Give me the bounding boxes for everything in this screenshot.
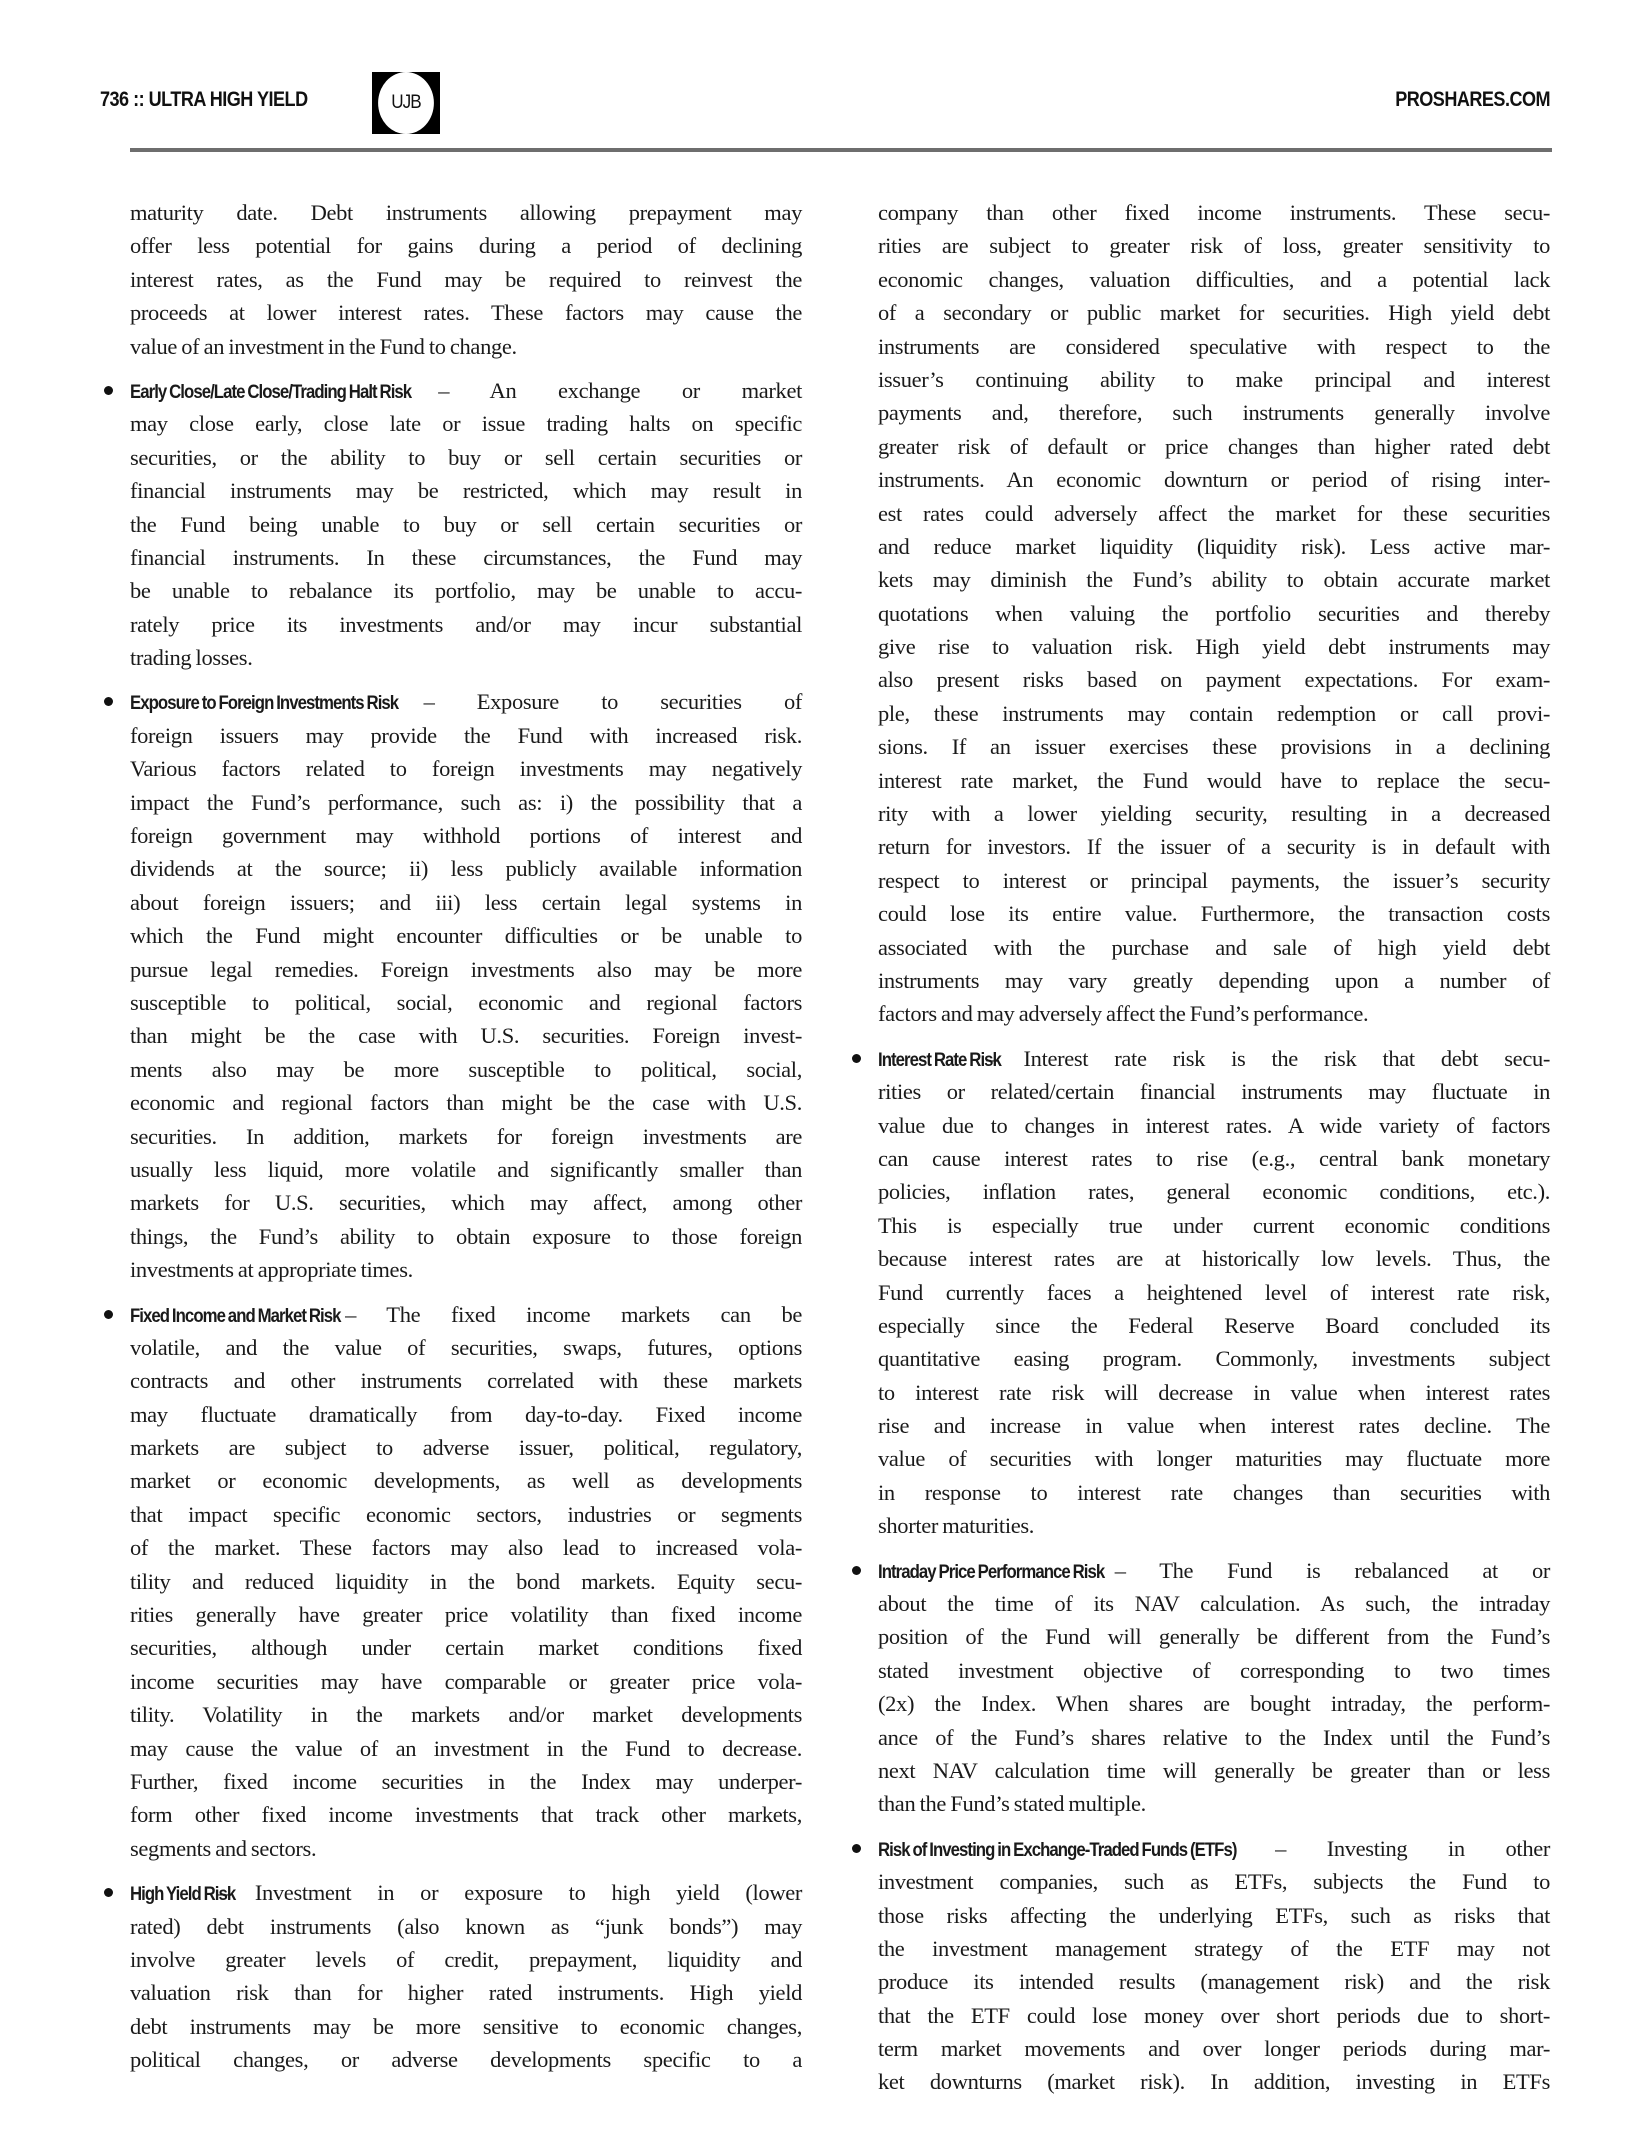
text-line: maturity date. Debt instruments allowing… <box>130 196 802 229</box>
text-line: respect to interest or principal payment… <box>878 864 1550 897</box>
text-line: those risks affecting the underlying ETF… <box>878 1899 1550 1932</box>
text-line: markets are subject to adverse issuer, p… <box>130 1431 802 1464</box>
right-column: company than other fixed income instrume… <box>878 196 1550 2110</box>
text-line: that the ETF could lose money over short… <box>878 1999 1550 2032</box>
text-line: return for investors. If the issuer of a… <box>878 830 1550 863</box>
text-line: usually less liquid, more volatile and s… <box>130 1153 802 1186</box>
text-line: can cause interest rates to rise (e.g., … <box>878 1142 1550 1175</box>
text-line: also present risks based on payment expe… <box>878 663 1550 696</box>
text-line: the Fund being unable to buy or sell cer… <box>130 508 802 541</box>
text-line: about foreign issuers; and iii) less cer… <box>130 886 802 919</box>
text-line: of a secondary or public market for secu… <box>878 296 1550 329</box>
text-line: especially since the Federal Reserve Boa… <box>878 1309 1550 1342</box>
text-line: may close early, close late or issue tra… <box>130 407 802 440</box>
text-line: economic and regional factors than might… <box>130 1086 802 1119</box>
page-number: 736 <box>100 88 129 111</box>
text-line: the investment management strategy of th… <box>878 1932 1550 1965</box>
risk-term: Fixed Income and Market Risk <box>130 1300 341 1333</box>
text-line: because interest rates are at historical… <box>878 1242 1550 1275</box>
continued-paragraph: company than other fixed income instrume… <box>878 196 1550 1031</box>
text-line: which the Fund might encounter difficult… <box>130 919 802 952</box>
section-title: ULTRA HIGH YIELD <box>149 88 308 111</box>
bullet-icon <box>104 697 113 706</box>
text-line: markets for U.S. securities, which may a… <box>130 1186 802 1219</box>
text-line: issuer’s continuing ability to make prin… <box>878 363 1550 396</box>
risk-term: High Yield Risk <box>130 1878 235 1911</box>
text-line: interest rates, as the Fund may be requi… <box>130 263 802 296</box>
text-line: form other fixed income investments that… <box>130 1798 802 1831</box>
text-line: that impact specific economic sectors, i… <box>130 1498 802 1531</box>
text-line: factors and may adversely affect the Fun… <box>878 997 1550 1030</box>
text-line: term market movements and over longer pe… <box>878 2032 1550 2065</box>
bullet-first-line: Risk of Investing in Exchange-Traded Fun… <box>878 1832 1550 1865</box>
bullet-icon <box>852 1844 861 1853</box>
risk-term: Early Close/Late Close/Trading Halt Risk <box>130 376 411 409</box>
text-line: susceptible to political, social, econom… <box>130 986 802 1019</box>
text-line: payments and, therefore, such instrument… <box>878 396 1550 429</box>
text-line: value of securities with longer maturiti… <box>878 1442 1550 1475</box>
text-line: impact the Fund’s performance, such as: … <box>130 786 802 819</box>
text-line: trading losses. <box>130 641 802 674</box>
text-line: next NAV calculation time will generally… <box>878 1754 1550 1787</box>
text-line: of the market. These factors may also le… <box>130 1531 802 1564</box>
continued-paragraph: maturity date. Debt instruments allowing… <box>130 196 802 363</box>
risk-description-start: The fixed income markets can be <box>386 1302 802 1327</box>
risk-description-start: Investment in or exposure to high yield … <box>255 1880 802 1905</box>
text-line: value of an investment in the Fund to ch… <box>130 330 802 363</box>
risk-bullet-item: Fixed Income and Market Risk – The fixed… <box>130 1298 802 1866</box>
ticker-logo: UJB <box>372 72 440 134</box>
text-line: to interest rate risk will decrease in v… <box>878 1376 1550 1409</box>
text-line: rity with a lower yielding security, res… <box>878 797 1550 830</box>
em-dash: – <box>1234 1836 1326 1861</box>
text-line: give rise to valuation risk. High yield … <box>878 630 1550 663</box>
text-line: investments at appropriate times. <box>130 1253 802 1286</box>
bullet-first-line: Interest Rate Risk – Interest rate risk … <box>878 1042 1550 1075</box>
bullet-first-line: Intraday Price Performance Risk – The Fu… <box>878 1554 1550 1587</box>
text-line: about the time of its NAV calculation. A… <box>878 1587 1550 1620</box>
risk-term: Intraday Price Performance Risk <box>878 1556 1104 1589</box>
bullet-first-line: Exposure to Foreign Investments Risk – E… <box>130 685 802 718</box>
text-line: sions. If an issuer exercises these prov… <box>878 730 1550 763</box>
header-rule <box>130 148 1552 152</box>
risk-bullet-item: Exposure to Foreign Investments Risk – E… <box>130 685 802 1286</box>
text-line: company than other fixed income instrume… <box>878 196 1550 229</box>
text-line: economic changes, valuation difficulties… <box>878 263 1550 296</box>
text-line: volatile, and the value of securities, s… <box>130 1331 802 1364</box>
text-line: dividends at the source; ii) less public… <box>130 852 802 885</box>
text-line: than might be the case with U.S. securit… <box>130 1019 802 1052</box>
risk-description-start: An exchange or market <box>490 378 802 403</box>
risk-bullet-item: Interest Rate Risk – Interest rate risk … <box>878 1042 1550 1543</box>
running-head-left: 736 :: ULTRA HIGH YIELD <box>100 88 308 112</box>
text-line: instruments may vary greatly depending u… <box>878 964 1550 997</box>
bullet-icon <box>852 1566 861 1575</box>
ticker-logo-text: UJB <box>378 72 434 134</box>
risk-term: Interest Rate Risk <box>878 1044 1001 1077</box>
text-line: may fluctuate dramatically from day-to-d… <box>130 1398 802 1431</box>
text-line: instruments are considered speculative w… <box>878 330 1550 363</box>
text-line: ple, these instruments may contain redem… <box>878 697 1550 730</box>
text-line: est rates could adversely affect the mar… <box>878 497 1550 530</box>
text-line: instruments. An economic downturn or per… <box>878 463 1550 496</box>
text-line: debt instruments may be more sensitive t… <box>130 2010 802 2043</box>
text-line: shorter maturities. <box>878 1509 1550 1542</box>
text-line: financial instruments may be restricted,… <box>130 474 802 507</box>
text-line: Fund currently faces a heightened level … <box>878 1276 1550 1309</box>
text-line: in response to interest rate changes tha… <box>878 1476 1550 1509</box>
text-line: market or economic developments, as well… <box>130 1464 802 1497</box>
text-line: and reduce market liquidity (liquidity r… <box>878 530 1550 563</box>
bullet-icon <box>852 1054 861 1063</box>
text-line: could lose its entire value. Furthermore… <box>878 897 1550 930</box>
text-line: securities, or the ability to buy or sel… <box>130 441 802 474</box>
text-line: securities, although under certain marke… <box>130 1631 802 1664</box>
text-line: rities or related/certain financial inst… <box>878 1075 1550 1108</box>
text-line: associated with the purchase and sale of… <box>878 931 1550 964</box>
page-header: 736 :: ULTRA HIGH YIELD UJB PROSHARES.CO… <box>0 0 1650 160</box>
text-line: securities. In addition, markets for for… <box>130 1120 802 1153</box>
text-line: proceeds at lower interest rates. These … <box>130 296 802 329</box>
text-line: Further, fixed income securities in the … <box>130 1765 802 1798</box>
text-line: be unable to rebalance its portfolio, ma… <box>130 574 802 607</box>
text-line: income securities may have comparable or… <box>130 1665 802 1698</box>
text-line: tility and reduced liquidity in the bond… <box>130 1565 802 1598</box>
risk-bullet-item: Intraday Price Performance Risk – The Fu… <box>878 1554 1550 1821</box>
left-column: maturity date. Debt instruments allowing… <box>130 196 802 2087</box>
text-line: rities generally have greater price vola… <box>130 1598 802 1631</box>
risk-description-start: Interest rate risk is the risk that debt… <box>1024 1046 1550 1071</box>
text-line: ance of the Fund’s shares relative to th… <box>878 1721 1550 1754</box>
text-line: rities are subject to greater risk of lo… <box>878 229 1550 262</box>
text-line: value due to changes in interest rates. … <box>878 1109 1550 1142</box>
text-line: rise and increase in value when interest… <box>878 1409 1550 1442</box>
text-line: things, the Fund’s ability to obtain exp… <box>130 1220 802 1253</box>
text-line: segments and sectors. <box>130 1832 802 1865</box>
text-line: financial instruments. In these circumst… <box>130 541 802 574</box>
text-line: than the Fund’s stated multiple. <box>878 1787 1550 1820</box>
text-line: ments also may be more susceptible to po… <box>130 1053 802 1086</box>
bullet-first-line: Fixed Income and Market Risk – The fixed… <box>130 1298 802 1331</box>
risk-description-start: The Fund is rebalanced at or <box>1159 1558 1550 1583</box>
text-line: kets may diminish the Fund’s ability to … <box>878 563 1550 596</box>
text-line: quotations when valuing the portfolio se… <box>878 597 1550 630</box>
text-line: valuation risk than for higher rated ins… <box>130 1976 802 2009</box>
site-name: PROSHARES.COM <box>1395 88 1550 112</box>
risk-term: Risk of Investing in Exchange-Traded Fun… <box>878 1834 1236 1867</box>
risk-term: Exposure to Foreign Investments Risk <box>130 687 398 720</box>
text-line: contracts and other instruments correlat… <box>130 1364 802 1397</box>
text-line: political changes, or adverse developmen… <box>130 2043 802 2076</box>
text-line: stated investment objective of correspon… <box>878 1654 1550 1687</box>
text-line: investment companies, such as ETFs, subj… <box>878 1865 1550 1898</box>
text-line: Various factors related to foreign inves… <box>130 752 802 785</box>
text-line: position of the Fund will generally be d… <box>878 1620 1550 1653</box>
text-line: foreign government may withhold portions… <box>130 819 802 852</box>
text-line: greater risk of default or price changes… <box>878 430 1550 463</box>
text-line: foreign issuers may provide the Fund wit… <box>130 719 802 752</box>
text-line: rated) debt instruments (also known as “… <box>130 1910 802 1943</box>
risk-description-start: Exposure to securities of <box>477 689 802 714</box>
text-line: quantitative easing program. Commonly, i… <box>878 1342 1550 1375</box>
text-line: may cause the value of an investment in … <box>130 1732 802 1765</box>
text-line: offer less potential for gains during a … <box>130 229 802 262</box>
text-line: involve greater levels of credit, prepay… <box>130 1943 802 1976</box>
text-line: policies, inflation rates, general econo… <box>878 1175 1550 1208</box>
bullet-first-line: High Yield Risk – Investment in or expos… <box>130 1876 802 1909</box>
bullet-first-line: Early Close/Late Close/Trading Halt Risk… <box>130 374 802 407</box>
risk-bullet-item: High Yield Risk – Investment in or expos… <box>130 1876 802 2076</box>
risk-bullet-item: Early Close/Late Close/Trading Halt Risk… <box>130 374 802 675</box>
separator: :: <box>133 88 144 111</box>
bullet-icon <box>104 386 113 395</box>
text-line: pursue legal remedies. Foreign investmen… <box>130 953 802 986</box>
risk-description-start: Investing in other <box>1327 1836 1550 1861</box>
text-line: tility. Volatility in the markets and/or… <box>130 1698 802 1731</box>
bullet-icon <box>104 1888 113 1897</box>
text-line: ket downturns (market risk). In addition… <box>878 2065 1550 2098</box>
bullet-icon <box>104 1310 113 1319</box>
text-line: This is especially true under current ec… <box>878 1209 1550 1242</box>
text-line: (2x) the Index. When shares are bought i… <box>878 1687 1550 1720</box>
text-line: produce its intended results (management… <box>878 1965 1550 1998</box>
text-line: interest rate market, the Fund would hav… <box>878 764 1550 797</box>
text-line: rately price its investments and/or may … <box>130 608 802 641</box>
risk-bullet-item: Risk of Investing in Exchange-Traded Fun… <box>878 1832 1550 2099</box>
